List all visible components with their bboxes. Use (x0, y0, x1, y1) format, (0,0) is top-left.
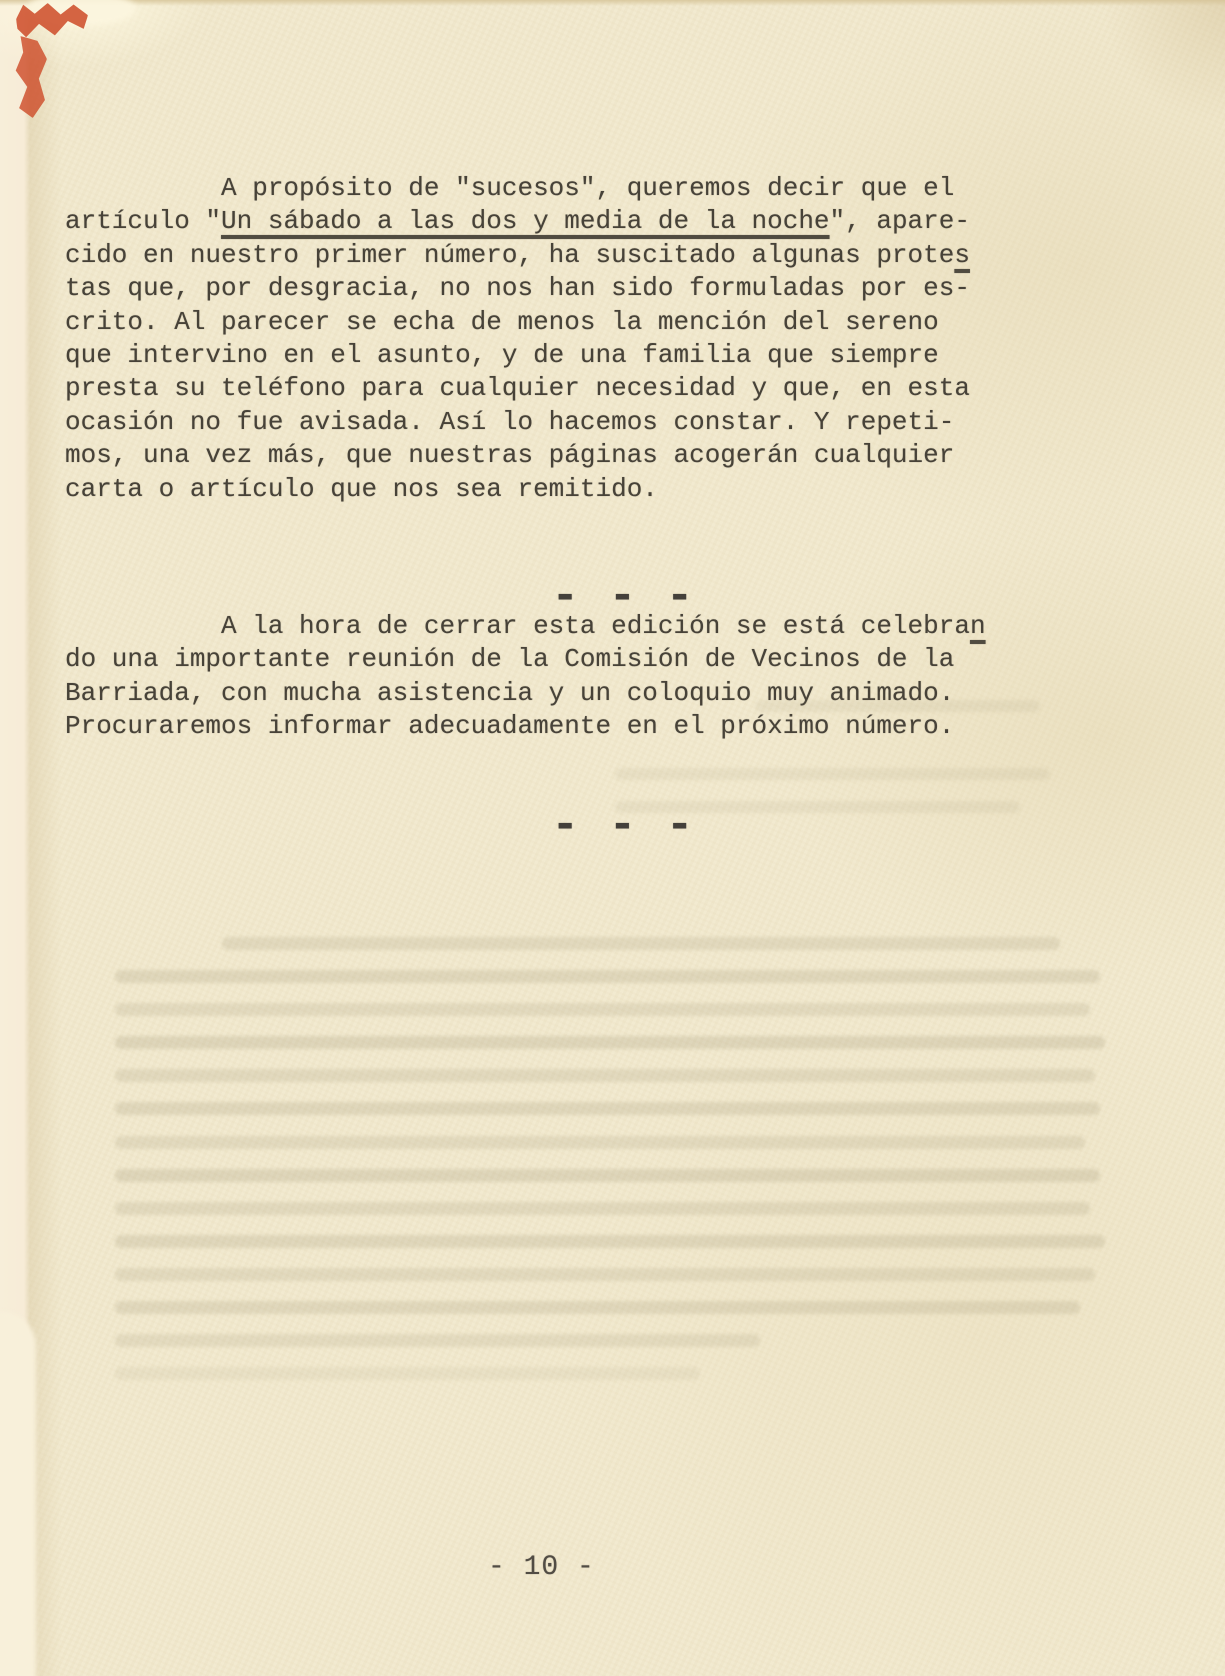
bleedthrough-line (115, 1202, 1090, 1215)
text-line: que intervino en el asunto, y de una fam… (65, 339, 1075, 372)
bleedthrough-line (115, 1301, 1080, 1314)
red-ink-mark (16, 3, 88, 39)
text-line: presta su teléfono para cualquier necesi… (65, 372, 1075, 405)
bleedthrough-line (222, 937, 1060, 950)
bleedthrough-line (115, 970, 1100, 983)
text-line: tas que, por desgracia, no nos han sido … (65, 272, 1075, 305)
text-line: A la hora de cerrar esta edición se está… (65, 610, 1075, 643)
bleedthrough-line (615, 768, 1050, 780)
text-line: mos, una vez más, que nuestras páginas a… (65, 439, 1075, 472)
text-line: do una importante reunión de la Comisión… (65, 643, 1075, 676)
bleedthrough-line (115, 1169, 1100, 1182)
text-line: Procuraremos informar adecuadamente en e… (65, 710, 1075, 743)
bleedthrough-line (115, 1069, 1095, 1082)
bleedthrough-line (115, 1367, 700, 1380)
text-line: A propósito de "sucesos", queremos decir… (65, 172, 1075, 205)
bleedthrough-line (115, 1235, 1105, 1248)
paragraph-sucesos: A propósito de "sucesos", queremos decir… (65, 172, 1075, 506)
bleedthrough-line (615, 801, 1020, 813)
page-number: - 10 - (488, 1551, 595, 1584)
text-line: carta o artículo que nos sea remitido. (65, 473, 1075, 506)
text-line: artículo "Un sábado a las dos y media de… (65, 205, 1075, 238)
bleedthrough-line (115, 1102, 1100, 1115)
document-page: A propósito de "sucesos", queremos decir… (0, 0, 1225, 1676)
bleedthrough-line (115, 1334, 760, 1347)
red-ink-mark (13, 36, 47, 118)
bleedthrough-line (115, 1036, 1105, 1049)
text-line: cido en nuestro primer número, ha suscit… (65, 239, 1075, 272)
bleedthrough-line (115, 1136, 1085, 1149)
bleedthrough-line (755, 700, 1040, 712)
paragraph-reunion: A la hora de cerrar esta edición se está… (65, 610, 1075, 744)
bleedthrough-line (115, 1268, 1095, 1281)
text-line: ocasión no fue avisada. Así lo hacemos c… (65, 406, 1075, 439)
text-line: crito. Al parecer se echa de menos la me… (65, 306, 1075, 339)
paper-edge-patch (0, 1312, 36, 1676)
bleedthrough-line (115, 1003, 1090, 1016)
